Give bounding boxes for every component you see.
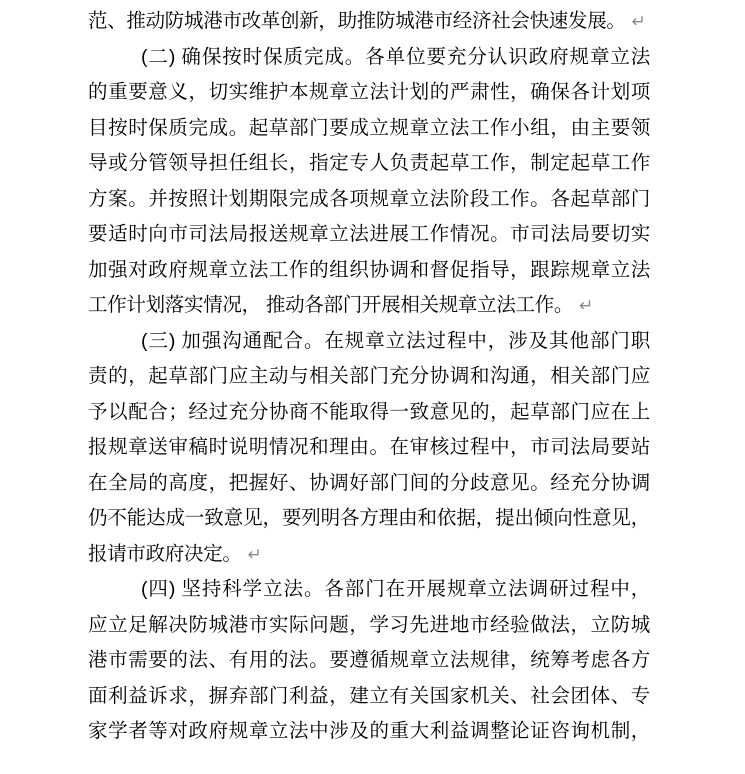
text-line: 工作计划落实情况， 推动各部门开展相关规章立法工作。↵ [88,288,650,324]
line-text: 工作计划落实情况， 推动各部门开展相关规章立法工作。 [88,294,573,316]
text-line: 予以配合；经过充分协商不能取得一致意见的，起草部门应在上 [88,395,650,431]
line-text: 的重要意义，切实维护本规章立法计划的严肃性，确保各计划项 [88,81,650,103]
line-text: 范、推动防城港市改革创新，助推防城港市经济社会快速发展。 [88,10,626,32]
line-text: 报请市政府决定。 [88,543,242,565]
text-line: 家学者等对政府规章立法中涉及的重大利益调整论证咨询机制， [88,714,650,750]
text-line: 方案。并按照计划期限完成各项规章立法阶段工作。各起草部门 [88,182,650,218]
paragraph-mark-icon: ↵ [632,12,646,31]
text-line: 要适时向市司法局报送规章立法进展工作情况。市司法局要切实 [88,217,650,253]
text-line: 面利益诉求，摒弃部门利益，建立有关国家机关、社会团体、专 [88,679,650,715]
line-text: 应立足解决防城港市实际问题，学习先进地市经验做法，立防城 [88,614,650,636]
text-line: 报请市政府决定。↵ [88,537,650,573]
line-text: 家学者等对政府规章立法中涉及的重大利益调整论证咨询机制， [88,720,650,742]
line-text: 方案。并按照计划期限完成各项规章立法阶段工作。各起草部门 [88,188,650,210]
text-line: 在全局的高度，把握好、协调好部门间的分歧意见。经充分协调 [88,466,650,502]
line-text: 目按时保质完成。起草部门要成立规章立法工作小组，由主要领 [88,117,650,139]
line-text: 加强对政府规章立法工作的组织协调和督促指导，跟踪规章立法 [88,259,650,281]
text-line: (二) 确保按时保质完成。各单位要充分认识政府规章立法 [88,40,650,76]
line-text: 在全局的高度，把握好、协调好部门间的分歧意见。经充分协调 [88,472,650,494]
line-text: (二) 确保按时保质完成。各单位要充分认识政府规章立法 [141,46,650,68]
text-line: (三) 加强沟通配合。在规章立法过程中，涉及其他部门职 [88,324,650,360]
line-text: 面利益诉求，摒弃部门利益，建立有关国家机关、社会团体、专 [88,685,650,707]
line-text: 报规章送审稿时说明情况和理由。在审核过程中，市司法局要站 [88,436,650,458]
line-text: (三) 加强沟通配合。在规章立法过程中，涉及其他部门职 [141,330,650,352]
paragraph-3: (三) 加强沟通配合。在规章立法过程中，涉及其他部门职 责的，起草部门应主动与相… [88,324,650,573]
text-line: 仍不能达成一致意见，要列明各方理由和依据，提出倾向性意见， [88,501,650,537]
paragraph-2: (二) 确保按时保质完成。各单位要充分认识政府规章立法 的重要意义，切实维护本规… [88,40,650,324]
text-line: (四) 坚持科学立法。各部门在开展规章立法调研过程中， [88,572,650,608]
line-text: 予以配合；经过充分协商不能取得一致意见的，起草部门应在上 [88,401,650,423]
text-line: 导或分管领导担任组长，指定专人负责起草工作，制定起草工作 [88,146,650,182]
paragraph-mark-icon: ↵ [248,545,262,564]
line-text: 要适时向市司法局报送规章立法进展工作情况。市司法局要切实 [88,223,650,245]
text-line: 范、推动防城港市改革创新，助推防城港市经济社会快速发展。↵ [88,4,650,40]
text-line: 的重要意义，切实维护本规章立法计划的严肃性，确保各计划项 [88,75,650,111]
line-text: (四) 坚持科学立法。各部门在开展规章立法调研过程中， [141,578,650,600]
line-text: 仍不能达成一致意见，要列明各方理由和依据，提出倾向性意见， [88,507,650,529]
paragraph-4: (四) 坚持科学立法。各部门在开展规章立法调研过程中， 应立足解决防城港市实际问… [88,572,650,750]
text-line: 港市需要的法、有用的法。要遵循规章立法规律，统筹考虑各方 [88,643,650,679]
text-line: 加强对政府规章立法工作的组织协调和督促指导，跟踪规章立法 [88,253,650,289]
line-text: 责的，起草部门应主动与相关部门充分协调和沟通，相关部门应 [88,365,650,387]
document-page: 范、推动防城港市改革创新，助推防城港市经济社会快速发展。↵ (二) 确保按时保质… [88,4,650,750]
text-line: 目按时保质完成。起草部门要成立规章立法工作小组，由主要领 [88,111,650,147]
paragraph-1-continuation: 范、推动防城港市改革创新，助推防城港市经济社会快速发展。↵ [88,4,650,40]
line-text: 港市需要的法、有用的法。要遵循规章立法规律，统筹考虑各方 [88,649,650,671]
text-line: 报规章送审稿时说明情况和理由。在审核过程中，市司法局要站 [88,430,650,466]
text-line: 应立足解决防城港市实际问题，学习先进地市经验做法，立防城 [88,608,650,644]
line-text: 导或分管领导担任组长，指定专人负责起草工作，制定起草工作 [88,152,650,174]
text-line: 责的，起草部门应主动与相关部门充分协调和沟通，相关部门应 [88,359,650,395]
paragraph-mark-icon: ↵ [579,296,593,315]
